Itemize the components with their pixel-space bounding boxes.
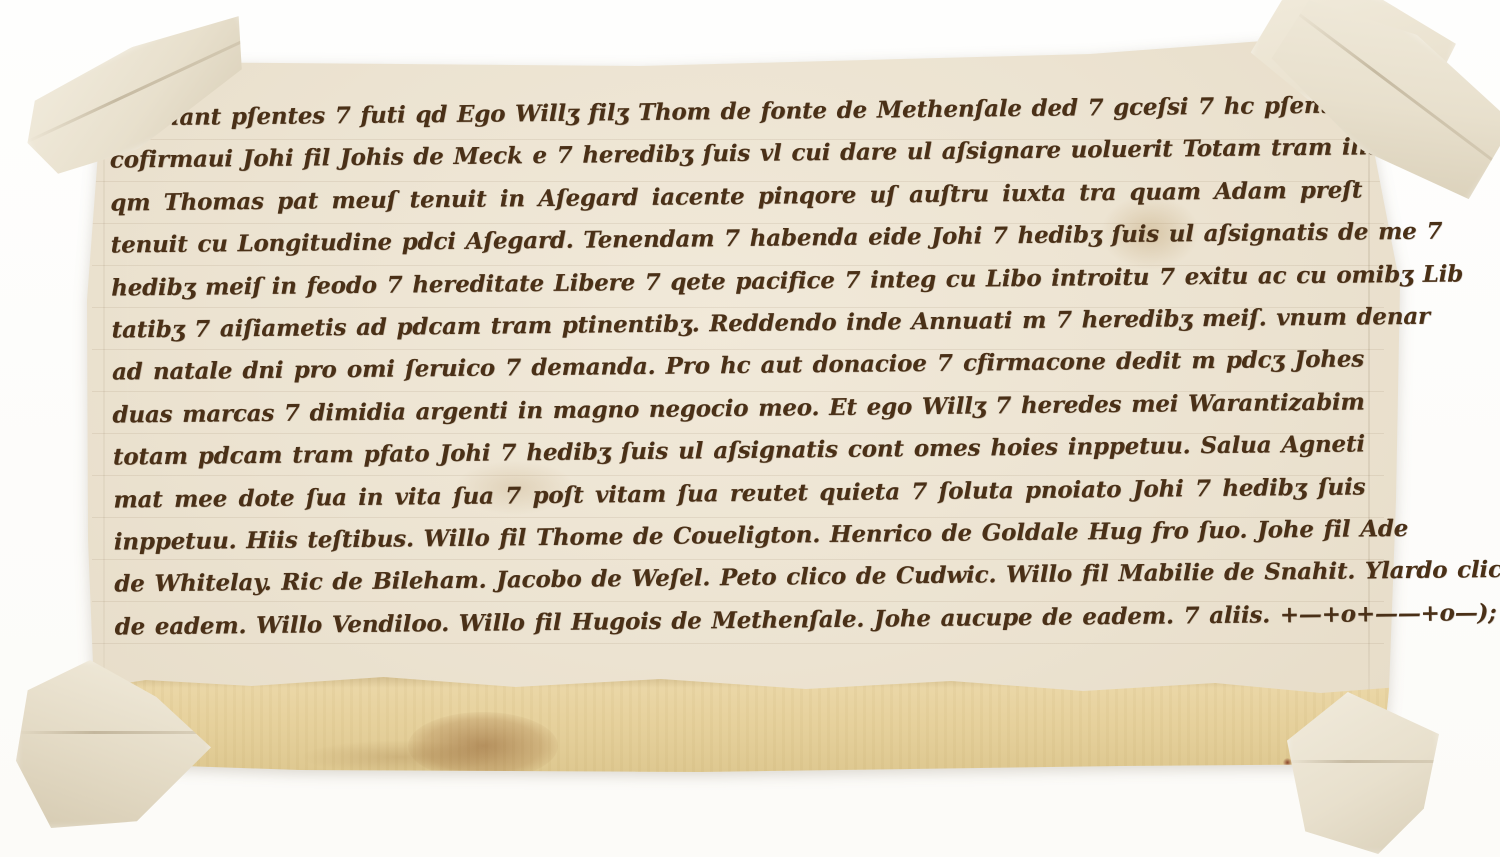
photo-background: Sciant pſentes 7 futi qd Ego Willʒ filʒ … xyxy=(0,0,1500,857)
stain-plica-left xyxy=(300,740,500,774)
manuscript-text-block: Sciant pſentes 7 futi qd Ego Willʒ filʒ … xyxy=(109,83,1367,648)
tape-fold-line xyxy=(16,731,211,734)
plica-fold xyxy=(80,672,1400,772)
tape-fold-line xyxy=(1287,760,1439,763)
stain-dot-bottom-right xyxy=(1283,758,1292,767)
